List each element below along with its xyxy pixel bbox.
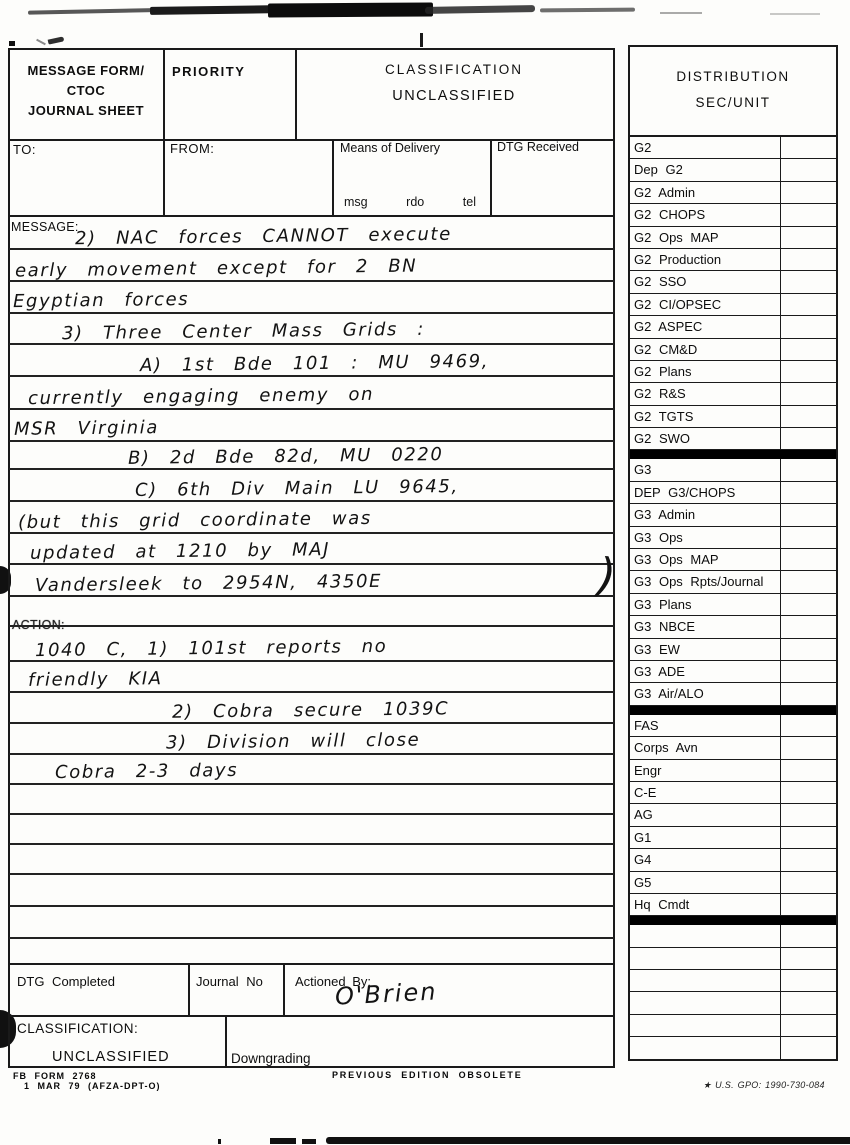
distribution-check-cell xyxy=(780,482,836,503)
handwritten-action-line: 2) Cobra secure 1039C xyxy=(172,698,450,722)
distribution-unit-label: G3 NBCE xyxy=(634,619,695,634)
means-option: msg xyxy=(344,195,368,209)
distribution-check-cell xyxy=(780,316,836,337)
distribution-check-cell xyxy=(780,159,836,180)
distribution-unit-label: G2 SWO xyxy=(634,431,690,446)
distribution-row xyxy=(630,1015,836,1037)
distribution-unit-label: G3 Ops Rpts/Journal xyxy=(634,574,763,589)
handwritten-action-line: 3) Division will close xyxy=(166,729,420,753)
bottom-classification-value: UNCLASSIFIED xyxy=(52,1049,170,1065)
distribution-check-cell xyxy=(780,827,836,848)
distribution-unit-label: G3 Ops xyxy=(634,530,683,545)
handwritten-message-line: updated at 1210 by MAJ xyxy=(30,539,330,564)
distribution-row: G3 Air/ALO xyxy=(630,683,836,705)
distribution-check-cell xyxy=(780,683,836,704)
from-field-label: FROM: xyxy=(170,141,214,156)
ruled-line xyxy=(9,500,614,502)
distribution-row: G3 Ops Rpts/Journal xyxy=(630,571,836,593)
distribution-unit-label: G1 xyxy=(634,830,651,845)
bottom-classification-label: CLASSIFICATION: xyxy=(17,1021,138,1036)
distribution-check-cell xyxy=(780,428,836,449)
scan-artifact-tick xyxy=(420,33,423,47)
distribution-unit-label: G2 ASPEC xyxy=(634,319,702,334)
distribution-group-separator xyxy=(630,916,836,925)
handwritten-closing-paren: ) xyxy=(596,547,618,602)
scan-artifact-smear xyxy=(268,2,433,17)
distribution-row: G3 NBCE xyxy=(630,616,836,638)
scan-artifact-smear xyxy=(660,12,702,14)
form-divider xyxy=(283,963,285,1015)
handwritten-message-line: (but this grid coordinate was xyxy=(18,508,372,533)
scan-artifact-smear xyxy=(540,8,635,13)
distribution-check-cell xyxy=(780,925,836,946)
distribution-group-g3: G3 DEP G3/CHOPS G3 Admin G3 Ops G3 Ops M… xyxy=(630,459,836,705)
handwritten-message-line: Egyptian forces xyxy=(13,289,189,312)
distribution-row: G2 Plans xyxy=(630,361,836,383)
distribution-row xyxy=(630,925,836,947)
dtg-completed-label: DTG Completed xyxy=(17,974,115,989)
scan-artifact-pencil-mark xyxy=(36,39,46,45)
form-title: MESSAGE FORM/ CTOC JOURNAL SHEET xyxy=(10,61,162,121)
ruled-line xyxy=(9,722,614,724)
distribution-row xyxy=(630,1037,836,1059)
distribution-row: DEP G3/CHOPS xyxy=(630,482,836,504)
distribution-row: Dep G2 xyxy=(630,159,836,181)
ruled-line xyxy=(9,468,614,470)
distribution-row: G2 CI/OPSEC xyxy=(630,294,836,316)
ruled-line xyxy=(9,905,614,907)
distribution-unit-label: G3 Ops MAP xyxy=(634,552,719,567)
distribution-row: G2 Admin xyxy=(630,182,836,204)
form-divider xyxy=(490,139,492,215)
distribution-unit-label: Engr xyxy=(634,763,661,778)
distribution-check-cell xyxy=(780,1037,836,1058)
ruled-line xyxy=(9,375,614,377)
distribution-group-separator xyxy=(630,706,836,715)
distribution-check-cell xyxy=(780,970,836,991)
scan-artifact-bottom-strip xyxy=(302,1139,316,1144)
downgrading-label: Downgrading xyxy=(231,1051,311,1066)
distribution-group-separator xyxy=(630,450,836,459)
distribution-unit-label: DEP G3/CHOPS xyxy=(634,485,735,500)
distribution-row xyxy=(630,970,836,992)
scan-artifact-bottom-strip xyxy=(326,1137,850,1144)
distribution-row: G3 Plans xyxy=(630,594,836,616)
distribution-unit-label: G2 Plans xyxy=(634,364,691,379)
ruled-line xyxy=(9,937,614,939)
form-number: FB FORM 2768 xyxy=(13,1071,97,1081)
distribution-row: G2 SSO xyxy=(630,271,836,293)
distribution-unit-label: Hq Cmdt xyxy=(634,897,689,912)
distribution-row: G3 EW xyxy=(630,639,836,661)
handwritten-action-line: friendly KIA xyxy=(28,668,163,691)
distribution-check-cell xyxy=(780,594,836,615)
handwritten-action-line: Cobra 2-3 days xyxy=(55,760,238,783)
handwritten-action-line: 1040 C, 1) 101st reports no xyxy=(35,636,388,661)
distribution-check-cell xyxy=(780,339,836,360)
distribution-row: C-E xyxy=(630,782,836,804)
distribution-check-cell xyxy=(780,715,836,736)
ruled-line xyxy=(9,691,614,693)
distribution-check-cell xyxy=(780,849,836,870)
distribution-row: G2 TGTS xyxy=(630,406,836,428)
distribution-check-cell xyxy=(780,459,836,480)
form-divider xyxy=(8,1015,615,1017)
ruled-line xyxy=(9,532,614,534)
distribution-unit-label: G3 xyxy=(634,462,651,477)
ruled-line xyxy=(9,625,614,627)
ruled-line xyxy=(9,813,614,815)
form-divider xyxy=(225,1015,227,1068)
scan-artifact-bottom-strip xyxy=(270,1138,296,1144)
journal-sheet-scan: MESSAGE FORM/ CTOC JOURNAL SHEET PRIORIT… xyxy=(0,0,850,1145)
previous-edition-note: PREVIOUS EDITION OBSOLETE xyxy=(332,1070,523,1080)
distribution-check-cell xyxy=(780,406,836,427)
distribution-unit-label: G2 R&S xyxy=(634,386,686,401)
distribution-unit-label: G2 SSO xyxy=(634,274,686,289)
distribution-row: G2 CM&D xyxy=(630,339,836,361)
ruled-line xyxy=(9,312,614,314)
distribution-unit-label: G3 Plans xyxy=(634,597,691,612)
ruled-line xyxy=(9,563,614,565)
distribution-check-cell xyxy=(780,804,836,825)
distribution-check-cell xyxy=(780,249,836,270)
distribution-row: G3 ADE xyxy=(630,661,836,683)
ruled-line xyxy=(9,843,614,845)
distribution-row: G2 Ops MAP xyxy=(630,227,836,249)
handwritten-message-line: C) 6th Div Main LU 9645, xyxy=(135,476,459,501)
distribution-table: DISTRIBUTION SEC/UNIT G2 Dep G2 G2 Admin… xyxy=(628,45,838,1061)
distribution-unit-label: G3 Admin xyxy=(634,507,695,522)
distribution-unit-label: G4 xyxy=(634,852,651,867)
distribution-unit-label: G2 Ops MAP xyxy=(634,230,719,245)
distribution-unit-label: G2 CI/OPSEC xyxy=(634,297,721,312)
means-of-delivery-options: msgrdotel xyxy=(344,195,476,209)
distribution-row: Corps Avn xyxy=(630,737,836,759)
distribution-row: G1 xyxy=(630,827,836,849)
distribution-row: G5 xyxy=(630,872,836,894)
distribution-row: G2 xyxy=(630,137,836,159)
distribution-group-g2: G2 Dep G2 G2 Admin G2 CHOPS G2 Ops MAP G… xyxy=(630,137,836,450)
distribution-check-cell xyxy=(780,504,836,525)
dtg-received-label: DTG Received xyxy=(497,140,579,154)
scan-artifact-mark xyxy=(9,41,15,46)
distribution-check-cell xyxy=(780,361,836,382)
ruled-line xyxy=(9,440,614,442)
distribution-unit-label: FAS xyxy=(634,718,659,733)
distribution-row: G3 Ops xyxy=(630,527,836,549)
actioned-by-signature: O'Brien xyxy=(334,977,438,1010)
distribution-table-title: DISTRIBUTION SEC/UNIT xyxy=(630,47,836,137)
classification-label: CLASSIFICATION xyxy=(295,62,613,77)
distribution-row: G3 Admin xyxy=(630,504,836,526)
scan-artifact-pencil-mark xyxy=(48,36,65,44)
distribution-row: G2 SWO xyxy=(630,428,836,450)
distribution-row: G3 xyxy=(630,459,836,481)
distribution-unit-label: AG xyxy=(634,807,653,822)
distribution-group-other: FAS Corps Avn Engr C-E AG G1 G4 xyxy=(630,715,836,917)
distribution-check-cell xyxy=(780,737,836,758)
handwritten-message-line: currently engaging enemy on xyxy=(28,384,374,409)
handwritten-message-line: A) 1st Bde 101 : MU 9469, xyxy=(140,351,489,376)
distribution-check-cell xyxy=(780,894,836,915)
distribution-check-cell xyxy=(780,571,836,592)
distribution-unit-label: Corps Avn xyxy=(634,740,698,755)
distribution-row: G4 xyxy=(630,849,836,871)
distribution-unit-label: G5 xyxy=(634,875,651,890)
distribution-unit-label: C-E xyxy=(634,785,656,800)
distribution-check-cell xyxy=(780,383,836,404)
distribution-check-cell xyxy=(780,872,836,893)
form-divider xyxy=(8,215,615,217)
distribution-unit-label: G3 Air/ALO xyxy=(634,686,704,701)
journal-no-label: Journal No xyxy=(196,974,263,989)
handwritten-message-line: 3) Three Center Mass Grids : xyxy=(62,319,425,344)
distribution-check-cell xyxy=(780,549,836,570)
distribution-row xyxy=(630,948,836,970)
distribution-group-blank xyxy=(630,925,836,1059)
distribution-row: G2 Production xyxy=(630,249,836,271)
distribution-check-cell xyxy=(780,182,836,203)
distribution-unit-label: G2 Production xyxy=(634,252,721,267)
distribution-check-cell xyxy=(780,948,836,969)
scan-artifact-smear xyxy=(770,13,820,15)
means-of-delivery-label: Means of Delivery xyxy=(340,141,440,155)
scan-artifact-bottom-strip xyxy=(218,1139,221,1144)
distribution-check-cell xyxy=(780,137,836,158)
distribution-unit-label: G3 EW xyxy=(634,642,680,657)
distribution-unit-label: G2 Admin xyxy=(634,185,695,200)
to-field-label: TO: xyxy=(13,142,36,157)
distribution-row xyxy=(630,992,836,1014)
distribution-unit-label: G2 CHOPS xyxy=(634,207,705,222)
distribution-unit-label: G2 CM&D xyxy=(634,342,697,357)
distribution-check-cell xyxy=(780,294,836,315)
means-option: rdo xyxy=(406,195,424,209)
ruled-line xyxy=(9,753,614,755)
message-section-label: MESSAGE: xyxy=(11,220,79,234)
scan-artifact-smear xyxy=(425,5,535,14)
form-divider xyxy=(188,963,190,1015)
distribution-unit-label: G2 TGTS xyxy=(634,409,693,424)
distribution-check-cell xyxy=(780,992,836,1013)
form-divider xyxy=(163,48,165,215)
distribution-row: G2 CHOPS xyxy=(630,204,836,226)
distribution-row: G2 ASPEC xyxy=(630,316,836,338)
scan-artifact-smear xyxy=(150,5,280,15)
distribution-unit-label: G3 ADE xyxy=(634,664,685,679)
handwritten-message-line: MSR Virginia xyxy=(14,417,159,440)
distribution-check-cell xyxy=(780,227,836,248)
distribution-row: G2 R&S xyxy=(630,383,836,405)
form-date: 1 MAR 79 (AFZA-DPT-O) xyxy=(24,1081,161,1091)
distribution-unit-label: G2 xyxy=(634,140,651,155)
ruled-line xyxy=(9,783,614,785)
distribution-row: G3 Ops MAP xyxy=(630,549,836,571)
form-divider xyxy=(332,139,334,215)
means-option: tel xyxy=(463,195,476,209)
distribution-row: AG xyxy=(630,804,836,826)
priority-label: PRIORITY xyxy=(172,64,245,79)
gpo-print-note: ★ U.S. GPO: 1990-730-084 xyxy=(703,1080,825,1091)
ruled-line xyxy=(9,873,614,875)
distribution-check-cell xyxy=(780,1015,836,1036)
distribution-row: FAS xyxy=(630,715,836,737)
distribution-check-cell xyxy=(780,271,836,292)
distribution-row: Engr xyxy=(630,760,836,782)
distribution-check-cell xyxy=(780,204,836,225)
distribution-check-cell xyxy=(780,760,836,781)
distribution-check-cell xyxy=(780,782,836,803)
distribution-check-cell xyxy=(780,616,836,637)
distribution-check-cell xyxy=(780,661,836,682)
distribution-check-cell xyxy=(780,527,836,548)
handwritten-message-line: B) 2d Bde 82d, MU 0220 xyxy=(128,444,444,469)
handwritten-message-line: Vandersleek to 2954N, 4350E xyxy=(35,571,382,596)
classification-value: UNCLASSIFIED xyxy=(295,88,613,104)
distribution-check-cell xyxy=(780,639,836,660)
distribution-row: Hq Cmdt xyxy=(630,894,836,916)
distribution-unit-label: Dep G2 xyxy=(634,162,683,177)
form-divider xyxy=(8,963,615,965)
